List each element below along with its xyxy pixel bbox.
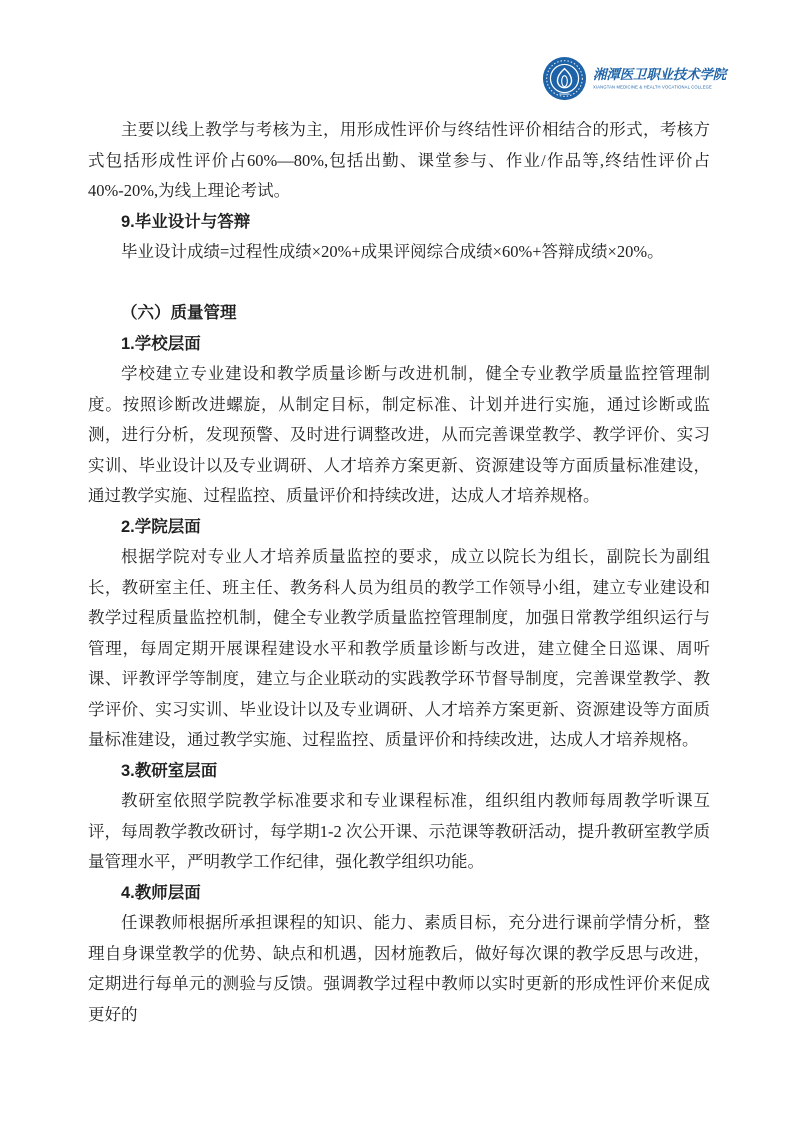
subsection-heading: 3.教研室层面 xyxy=(88,756,710,787)
subsection-heading: 2.学院层面 xyxy=(88,512,710,543)
paragraph: 任课教师根据所承担课程的知识、能力、素质目标，充分进行课前学情分析，整理自身课堂… xyxy=(88,908,710,1030)
college-seal-icon xyxy=(542,56,587,101)
section-heading: （六）质量管理 xyxy=(88,298,710,329)
paragraph: 主要以线上教学与考核为主，用形成性评价与终结性评价相结合的形式，考核方式包括形成… xyxy=(88,115,710,207)
subsection-heading: 1.学校层面 xyxy=(88,329,710,360)
college-logo: 湘潭医卫职业技术学院 XIANGTAN MEDICINE & HEALTH VO… xyxy=(542,56,793,101)
document-page: 湘潭医卫职业技术学院 XIANGTAN MEDICINE & HEALTH VO… xyxy=(0,0,793,1122)
subsection-heading: 9.毕业设计与答辩 xyxy=(88,207,710,238)
paragraph: 教研室依照学院教学标准要求和专业课程标准，组织组内教师每周教学听课互评，每周教学… xyxy=(88,786,710,878)
paragraph: 学校建立专业建设和教学质量诊断与改进机制，健全专业教学质量监控管理制度。按照诊断… xyxy=(88,359,710,512)
college-logo-text: 湘潭医卫职业技术学院 XIANGTAN MEDICINE & HEALTH VO… xyxy=(593,56,793,91)
college-name-chinese: 湘潭医卫职业技术学院 xyxy=(593,67,793,83)
document-content: 主要以线上教学与考核为主，用形成性评价与终结性评价相结合的形式，考核方式包括形成… xyxy=(88,115,710,1030)
paragraph: 根据学院对专业人才培养质量监控的要求，成立以院长为组长，副院长为副组长，教研室主… xyxy=(88,542,710,756)
subsection-heading: 4.教师层面 xyxy=(88,878,710,909)
paragraph: 毕业设计成绩=过程性成绩×20%+成果评阅综合成绩×60%+答辩成绩×20%。 xyxy=(88,237,710,268)
college-name-english: XIANGTAN MEDICINE & HEALTH VOCATIONAL CO… xyxy=(593,85,712,88)
